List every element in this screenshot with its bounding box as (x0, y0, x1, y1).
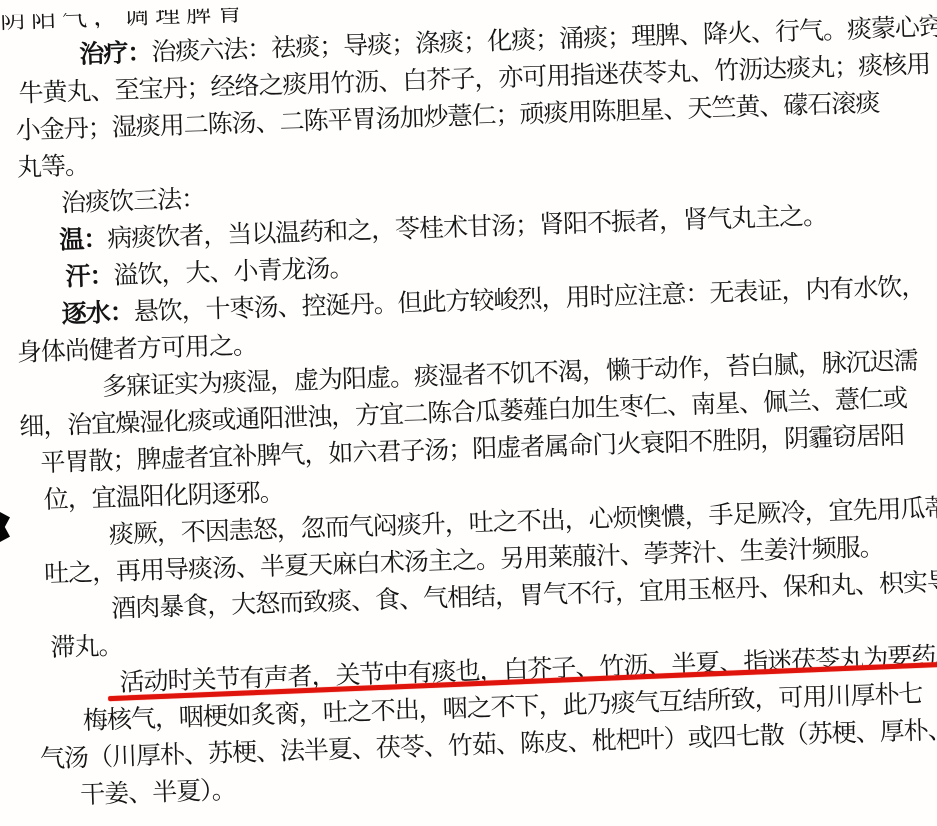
paragraph-label: 治疗： (79, 39, 152, 68)
margin-ink-artifact (0, 512, 10, 542)
line-text: 干姜、半夏）。 (80, 777, 236, 809)
line-text: 治痰饮三法： (61, 186, 206, 218)
line-text: 位，宜温阳化阴逐邪。 (43, 479, 284, 514)
line-text: 身体尚健者方可用之。 (17, 332, 258, 367)
paragraph-label: 温： (59, 226, 108, 255)
line-text: 滞丸。 (50, 633, 123, 662)
paragraph-label: 汗： (65, 263, 114, 292)
document-text-block: 阴阳气，调理脾胃 治疗：治痰六法：祛痰；导痰；涤痰；化痰；涌痰；理脾、降火、行气… (0, 0, 937, 816)
line-text: 丸等。 (17, 153, 90, 182)
line-text: 溢饮，大、小青龙汤。 (113, 255, 354, 290)
paragraph-label: 逐水： (61, 299, 134, 328)
scanned-book-page: 阴阳气，调理脾胃 治疗：治痰六法：祛痰；导痰；涤痰；化痰；涌痰；理脾、降火、行气… (0, 0, 937, 826)
